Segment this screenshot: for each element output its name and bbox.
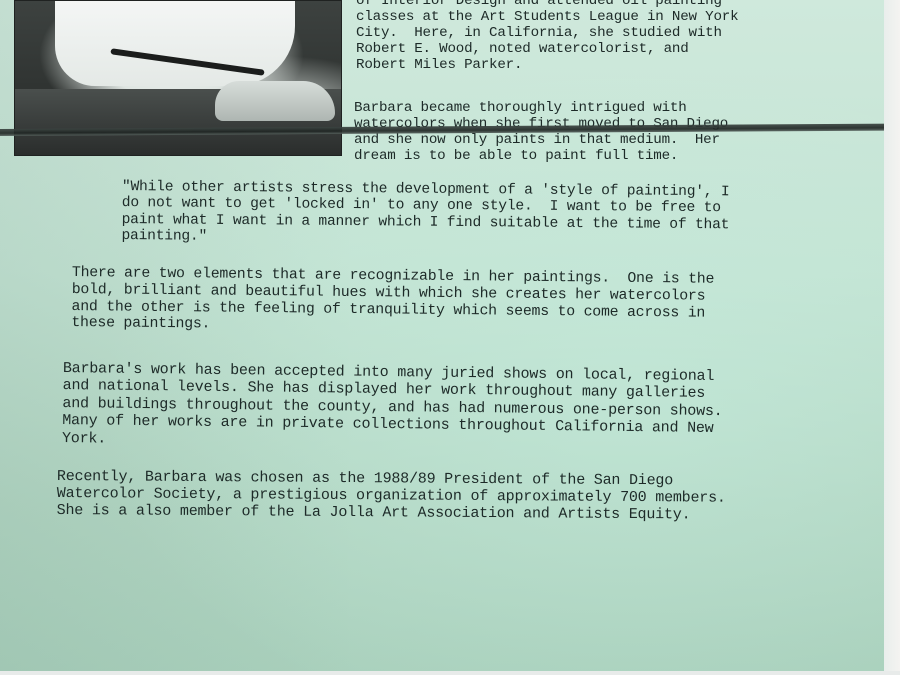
paragraph-education: of Interior Design and attended oil pain… — [356, 0, 738, 73]
paragraph-presidency: Recently, Barbara was chosen as the 1988… — [57, 468, 726, 524]
artist-quote: "While other artists stress the developm… — [121, 179, 729, 249]
page-edge — [884, 0, 900, 675]
photo-hand — [215, 81, 335, 121]
paragraph-painting-elements: There are two elements that are recogniz… — [71, 265, 714, 339]
page-bottom-edge — [0, 671, 900, 675]
paragraph-exhibitions: Barbara's work has been accepted into ma… — [62, 360, 723, 455]
